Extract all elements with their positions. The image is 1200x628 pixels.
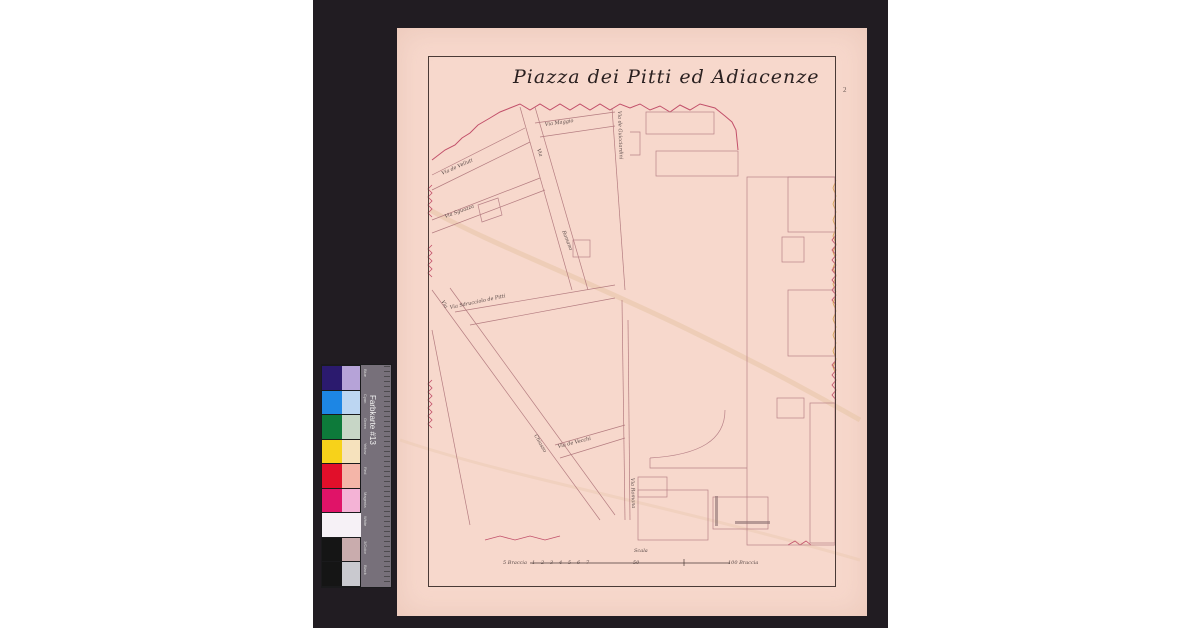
ruler-ticks — [384, 366, 390, 586]
scale-tick: 7 — [586, 560, 589, 566]
color-patch — [342, 538, 360, 562]
map-title: Piazza dei Pitti ed Adiacenze — [513, 66, 819, 88]
ruler-label: 3/Color — [363, 541, 368, 554]
color-patch — [322, 391, 342, 415]
scale-heading: Scala — [634, 548, 648, 554]
ruler-label: Green — [363, 418, 368, 429]
color-patch — [322, 415, 342, 439]
scale-tick: 1 — [532, 560, 535, 566]
color-patch — [322, 538, 342, 562]
ruler-label: Black — [363, 565, 368, 575]
color-patch — [322, 366, 342, 390]
color-patch — [342, 391, 360, 415]
scale-tick: 2 — [541, 560, 544, 566]
ruler-label: Magenta — [363, 492, 368, 508]
color-patch — [342, 464, 360, 488]
color-patch — [322, 562, 342, 586]
color-patch — [342, 489, 360, 513]
color-patch — [342, 562, 360, 586]
scale-right-label: 100 Braccia — [728, 560, 758, 566]
color-patch — [342, 415, 360, 439]
ruler-label: White — [363, 516, 368, 526]
scale-tick: 4 — [559, 560, 562, 566]
ruler-label: Yellow — [363, 443, 368, 454]
ruler-title: Farbkarte #13 — [368, 395, 377, 445]
color-patch — [322, 513, 361, 537]
scale-tick: 3 — [550, 560, 553, 566]
scale-tick: 6 — [577, 560, 580, 566]
color-patch — [342, 366, 360, 390]
color-patch — [322, 440, 342, 464]
scale-tick: 5 — [568, 560, 571, 566]
ruler-label: Cyan — [363, 394, 368, 403]
scale-mid-label: 50 — [633, 560, 639, 566]
ruler-label: Red — [363, 467, 368, 474]
page-number: 2 — [843, 86, 847, 94]
color-patch — [322, 464, 342, 488]
color-patch — [322, 489, 342, 513]
ruler-label: Blue — [363, 369, 368, 377]
street-label-via-romana-lower: Via Romana — [629, 478, 636, 509]
color-patch — [342, 440, 360, 464]
scale-left-label: 5 Braccia — [503, 560, 527, 566]
